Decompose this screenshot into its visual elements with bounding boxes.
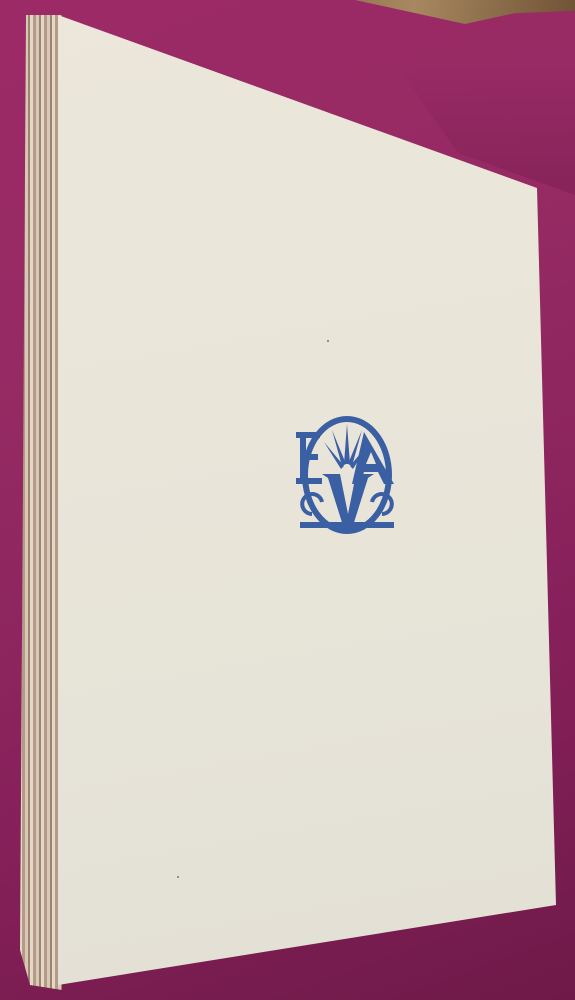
- cover-speck: [177, 876, 179, 878]
- cover-speck: [327, 340, 329, 342]
- book-cover: [0, 0, 575, 1000]
- eva-monogram-emblem: [292, 414, 402, 536]
- book: [0, 0, 575, 1000]
